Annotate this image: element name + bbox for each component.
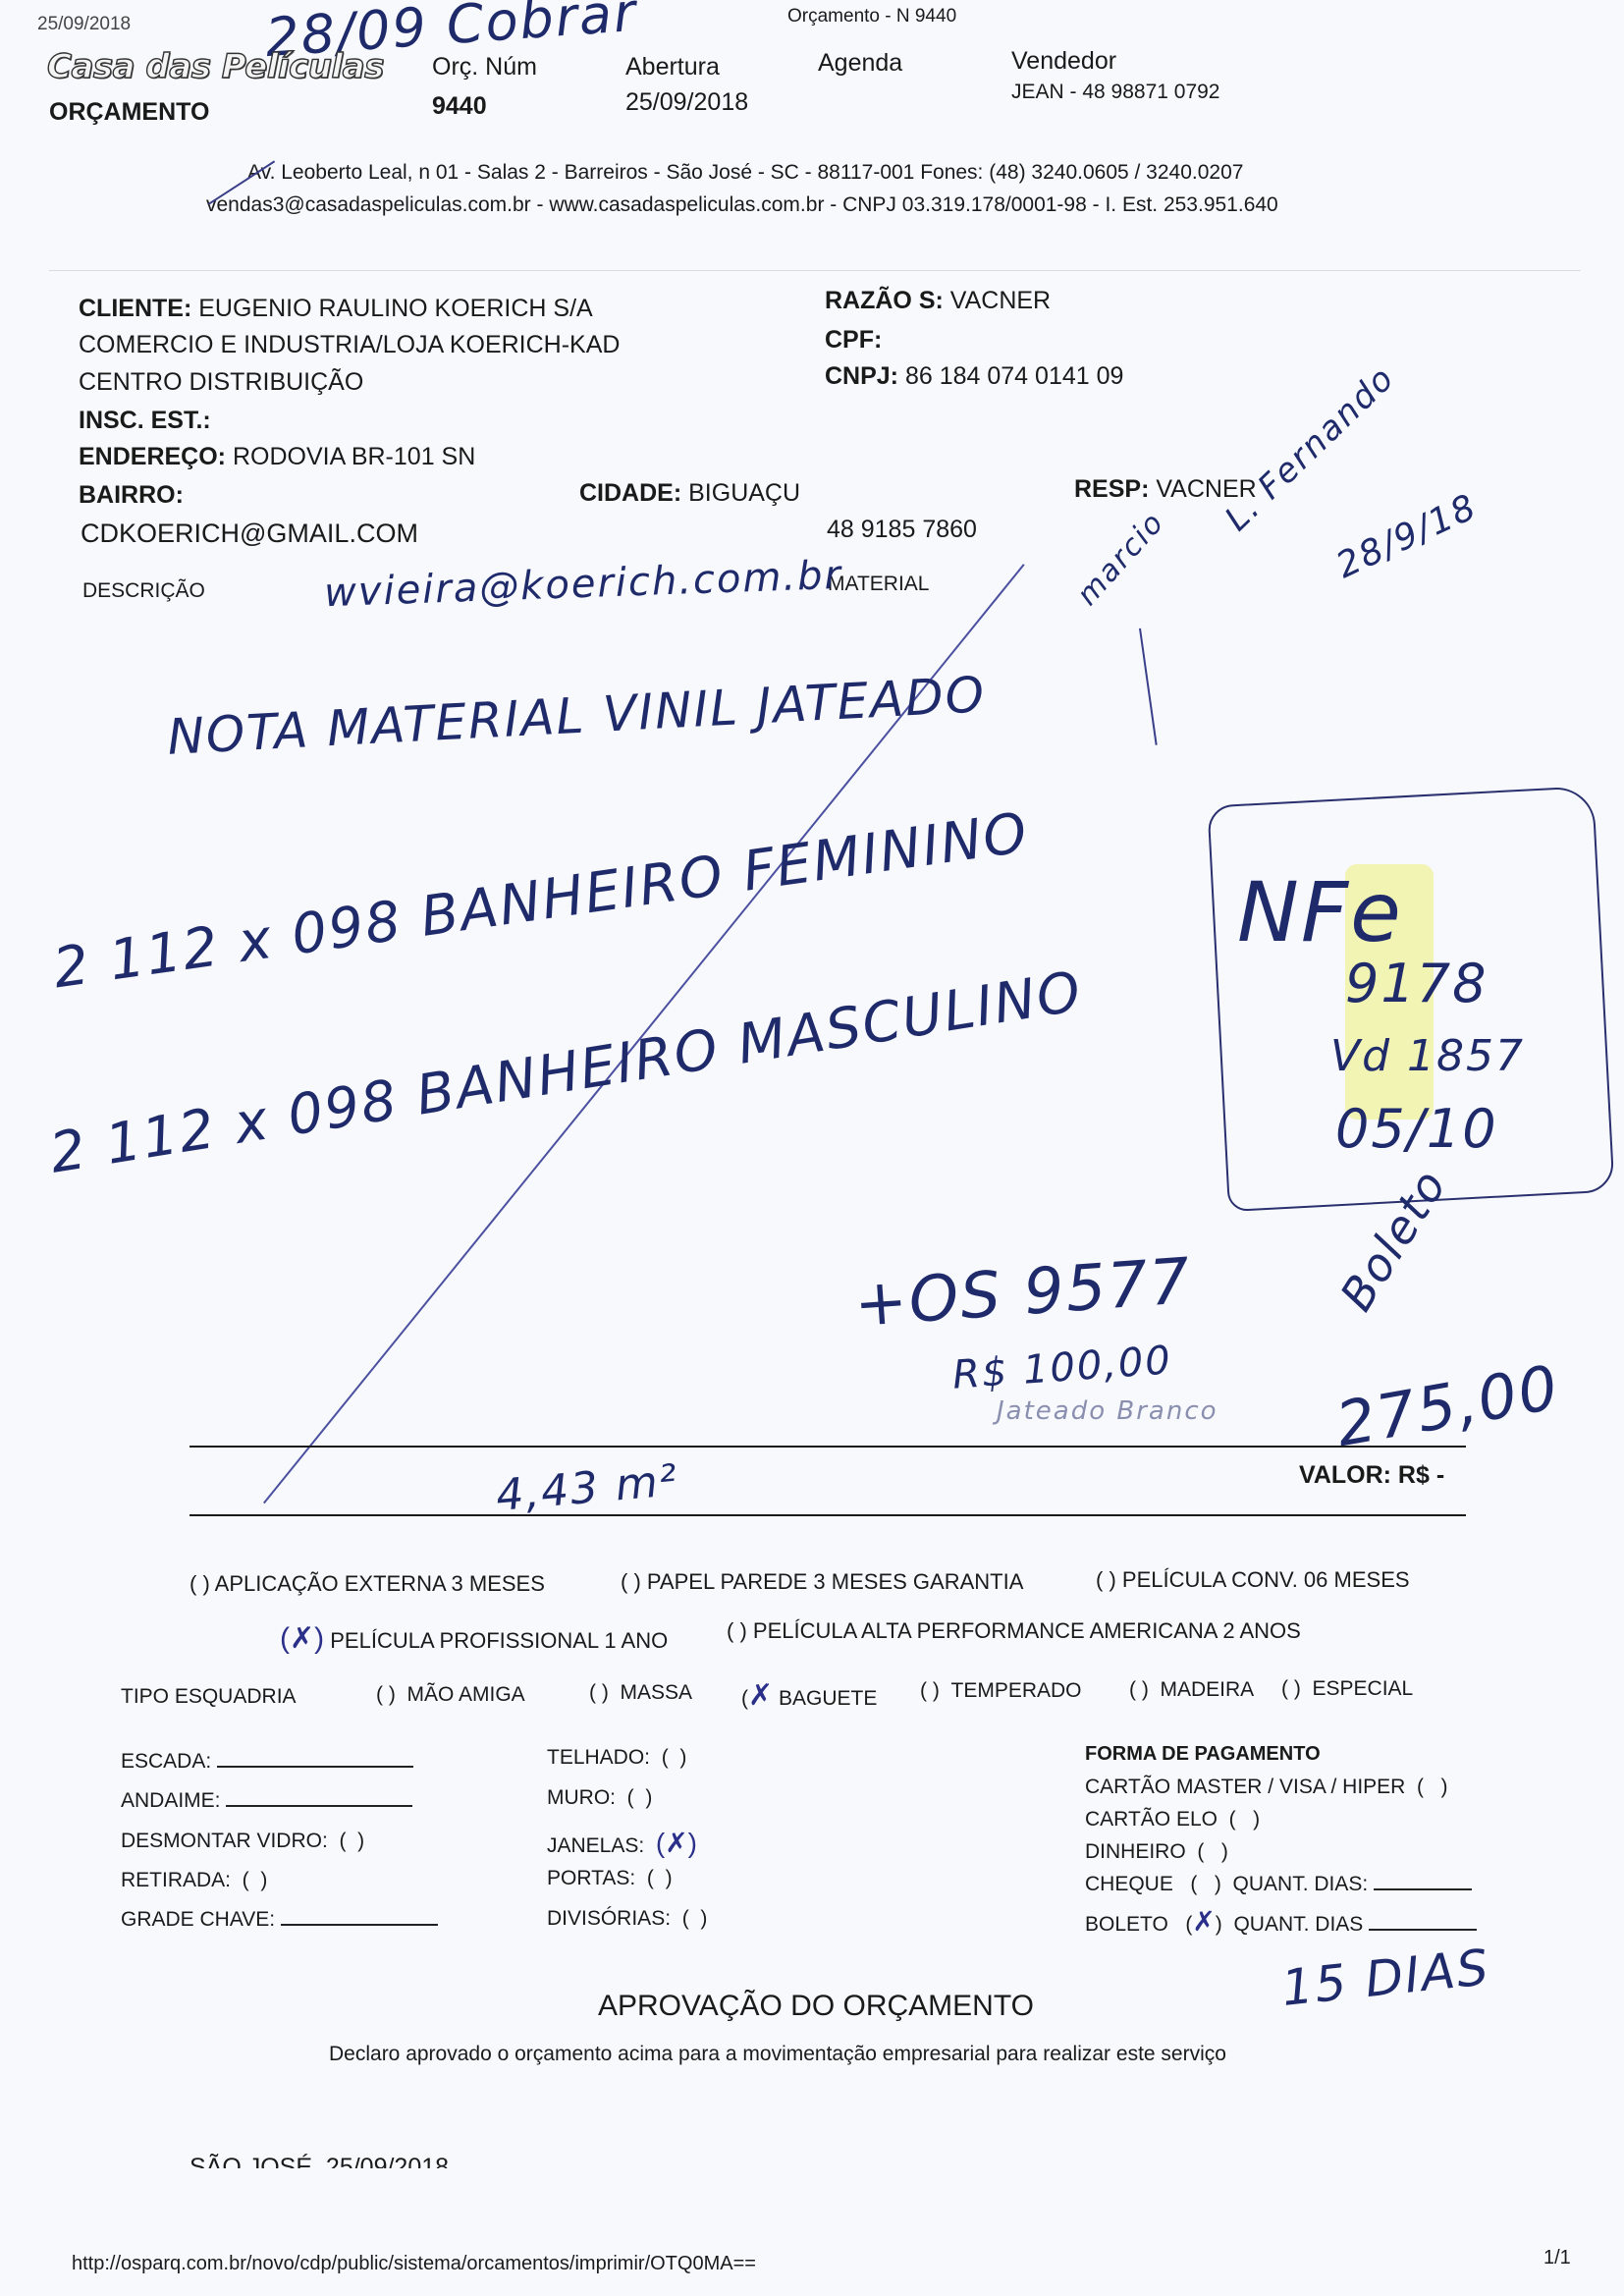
cliente-value: EUGENIO RAULINO KOERICH S/A xyxy=(198,295,592,322)
company-contact: vendas3@casadaspeliculas.com.br - www.ca… xyxy=(206,193,1278,217)
payment-option[interactable]: CARTÃO MASTER / VISA / HIPER ( ) xyxy=(1085,1776,1448,1799)
grade-chave-field[interactable] xyxy=(281,1924,438,1926)
handwritten-item-line: 2 112 x 098 BANHEIRO MASCULINO xyxy=(45,959,1086,1186)
approval-place-date: SÃO JOSÉ, 25/09/2018 xyxy=(189,2153,449,2168)
warranty-option-label: PELÍCULA ALTA PERFORMANCE AMERICANA 2 AN… xyxy=(753,1618,1301,1643)
handwritten-vd-number: Vd 1857 xyxy=(1330,1031,1525,1081)
esquadria-option-label: ESPECIAL xyxy=(1313,1677,1414,1700)
handwritten-os-value: R$ 100,00 xyxy=(951,1338,1174,1398)
esquadria-option[interactable]: ( ) TEMPERADO xyxy=(920,1679,1082,1703)
document-type-title: ORÇAMENTO xyxy=(49,98,209,127)
field-label-abertura: Abertura xyxy=(625,53,720,82)
pen-stroke xyxy=(1139,629,1158,745)
escada-field[interactable] xyxy=(217,1766,413,1768)
handwritten-date: 05/10 xyxy=(1335,1098,1498,1160)
andaime-field[interactable] xyxy=(226,1805,412,1807)
payment-option-label: DINHEIRO xyxy=(1085,1840,1186,1863)
cidade-label: CIDADE: xyxy=(579,479,681,507)
warranty-option-label: PELÍCULA CONV. 06 MESES xyxy=(1122,1567,1410,1592)
endereco-line: ENDEREÇO: RODOVIA BR-101 SN xyxy=(79,443,475,471)
esquadria-option[interactable]: ( ) MADEIRA xyxy=(1129,1678,1254,1702)
document-reference: Orçamento - N 9440 xyxy=(787,6,956,27)
service-janelas[interactable]: JANELAS: (✗) xyxy=(547,1827,697,1859)
razao-line: RAZÃO S: VACNER xyxy=(825,287,1051,315)
handwritten-item-line: 2 112 x 098 BANHEIRO FEMININO xyxy=(49,801,1032,1002)
boleto-days-field[interactable] xyxy=(1369,1929,1477,1931)
service-telhado[interactable]: TELHADO: ( ) xyxy=(547,1746,686,1770)
service-label: RETIRADA: xyxy=(121,1869,231,1891)
warranty-option-label: APLICAÇÃO EXTERNA 3 MESES xyxy=(215,1571,545,1596)
header-divider xyxy=(49,270,1581,271)
payment-option-label: CHEQUE xyxy=(1085,1873,1173,1895)
warranty-option[interactable]: ( ) PELÍCULA ALTA PERFORMANCE AMERICANA … xyxy=(727,1618,1301,1644)
handwritten-area: 4,43 m² xyxy=(494,1455,680,1521)
endereco-label: ENDEREÇO: xyxy=(79,443,226,470)
bairro-label: BAIRRO: xyxy=(79,481,184,510)
company-address: Av. Leoberto Leal, n 01 - Salas 2 - Barr… xyxy=(247,161,1243,185)
payment-option-label: BOLETO xyxy=(1085,1913,1168,1936)
service-andaime[interactable]: ANDAIME: xyxy=(121,1789,412,1813)
cidade-value: BIGUAÇU xyxy=(688,479,800,507)
service-label: ESCADA: xyxy=(121,1750,211,1773)
razao-label: RAZÃO S: xyxy=(825,287,944,314)
esquadria-label: TIPO ESQUADRIA xyxy=(121,1685,297,1709)
approval-statement: Declaro aprovado o orçamento acima para … xyxy=(329,2043,1226,2066)
company-logo: Casa das Películas xyxy=(47,47,384,86)
esquadria-option[interactable]: ( ) MÃO AMIGA xyxy=(376,1683,525,1707)
print-date: 25/09/2018 xyxy=(37,14,131,35)
service-retirada[interactable]: RETIRADA: ( ) xyxy=(121,1869,267,1892)
page-number: 1/1 xyxy=(1543,2247,1571,2269)
service-grade-chave[interactable]: GRADE CHAVE: xyxy=(121,1908,438,1932)
payment-option-label: CARTÃO MASTER / VISA / HIPER xyxy=(1085,1776,1405,1798)
descricao-label: DESCRIÇÃO xyxy=(82,579,205,603)
esquadria-option-label: MÃO AMIGA xyxy=(407,1683,525,1706)
handwritten-signature-date: 28/9/18 xyxy=(1330,486,1484,586)
payment-option[interactable]: DINHEIRO ( ) xyxy=(1085,1840,1228,1864)
check-mark-icon: ✗ xyxy=(748,1679,773,1712)
check-mark-icon: ✗ xyxy=(1192,1906,1215,1937)
service-label: MURO: xyxy=(547,1786,616,1809)
payment-option[interactable]: CARTÃO ELO ( ) xyxy=(1085,1808,1260,1831)
client-name-line-1: CLIENTE: EUGENIO RAULINO KOERICH S/A xyxy=(79,295,593,323)
cidade-line: CIDADE: BIGUAÇU xyxy=(579,479,800,508)
warranty-option[interactable]: ( ) PELÍCULA CONV. 06 MESES xyxy=(1096,1567,1410,1593)
service-divisorias[interactable]: DIVISÓRIAS: ( ) xyxy=(547,1907,707,1931)
client-email: CDKOERICH@GMAIL.COM xyxy=(81,519,418,549)
handwritten-nfe: NFe xyxy=(1237,864,1403,960)
place-date-text: SÃO JOSÉ, 25/09/2018 xyxy=(189,2154,449,2168)
field-label-vendedor: Vendedor xyxy=(1011,47,1116,76)
service-desmontar-vidro[interactable]: DESMONTAR VIDRO: ( ) xyxy=(121,1830,364,1853)
warranty-option[interactable]: ( ) PAPEL PAREDE 3 MESES GARANTIA xyxy=(621,1569,1023,1595)
handwritten-payment-days: 15 DIAS xyxy=(1279,1939,1493,2017)
warranty-option-label: PAPEL PAREDE 3 MESES GARANTIA xyxy=(647,1569,1024,1594)
payment-title: FORMA DE PAGAMENTO xyxy=(1085,1743,1321,1766)
handwritten-nfe-number: 9178 xyxy=(1345,953,1488,1014)
payment-option-label: CARTÃO ELO xyxy=(1085,1808,1218,1831)
razao-value: VACNER xyxy=(950,287,1051,314)
payment-option-checked[interactable]: BOLETO (✗) QUANT. DIAS xyxy=(1085,1905,1477,1938)
handwritten-email: wvieira@koerich.com.br xyxy=(323,553,842,616)
check-mark-icon: (✗) xyxy=(280,1622,324,1655)
insc-est-label: INSC. EST.: xyxy=(79,407,211,435)
service-portas[interactable]: PORTAS: ( ) xyxy=(547,1867,673,1890)
cliente-label: CLIENTE: xyxy=(79,295,191,322)
service-label: TELHADO: xyxy=(547,1746,650,1769)
field-label-orc-num: Orç. Núm xyxy=(432,53,537,82)
field-label-agenda: Agenda xyxy=(818,49,902,78)
service-label: DIVISÓRIAS: xyxy=(547,1907,671,1930)
footer-url[interactable]: http://osparq.com.br/novo/cdp/public/sis… xyxy=(72,2253,756,2275)
payment-option[interactable]: CHEQUE ( ) QUANT. DIAS: xyxy=(1085,1873,1472,1896)
field-value-orc-num: 9440 xyxy=(432,92,487,121)
service-label: PORTAS: xyxy=(547,1867,635,1889)
client-phone: 48 9185 7860 xyxy=(827,516,977,544)
cnpj-label: CNPJ: xyxy=(825,362,898,390)
days-label: QUANT. DIAS: xyxy=(1233,1873,1369,1895)
total-top-rule xyxy=(189,1446,1466,1448)
approval-title: APROVAÇÃO DO ORÇAMENTO xyxy=(598,1990,1034,2023)
client-name-line-2: COMERCIO E INDUSTRIA/LOJA KOERICH-KAD xyxy=(79,331,620,359)
esquadria-option-checked[interactable]: (✗ BAGUETE xyxy=(741,1678,877,1713)
esquadria-option-label: BAGUETE xyxy=(779,1687,877,1710)
cnpj-value: 86 184 074 0141 09 xyxy=(905,362,1123,390)
handwritten-material-line: NOTA MATERIAL VINIL JATEADO xyxy=(166,666,987,766)
handwritten-signature: L. Fernando xyxy=(1218,358,1402,539)
service-muro[interactable]: MURO: ( ) xyxy=(547,1786,652,1810)
esquadria-option-label: TEMPERADO xyxy=(951,1679,1082,1702)
check-mark-icon: (✗) xyxy=(656,1828,697,1858)
esquadria-option-label: MASSA xyxy=(621,1681,693,1704)
client-name-line-3: CENTRO DISTRIBUIÇÃO xyxy=(79,368,363,397)
service-label: DESMONTAR VIDRO: xyxy=(121,1830,328,1852)
handwritten-signature-name: marcio xyxy=(1070,505,1171,612)
esquadria-option[interactable]: ( ) ESPECIAL xyxy=(1281,1677,1413,1701)
cnpj-line: CNPJ: 86 184 074 0141 09 xyxy=(825,362,1123,391)
handwritten-os-sub: Jateado Branco xyxy=(997,1396,1218,1426)
cpf-label: CPF: xyxy=(825,326,882,355)
esquadria-option[interactable]: ( ) MASSA xyxy=(589,1681,692,1705)
handwritten-total: 275,00 xyxy=(1330,1351,1564,1461)
service-escada[interactable]: ESCADA: xyxy=(121,1750,413,1774)
total-bottom-rule xyxy=(189,1514,1466,1516)
service-label: GRADE CHAVE: xyxy=(121,1908,275,1931)
days-label: QUANT. DIAS xyxy=(1233,1913,1363,1936)
warranty-option-checked[interactable]: (✗) PELÍCULA PROFISSIONAL 1 ANO xyxy=(280,1621,668,1656)
cheque-days-field[interactable] xyxy=(1374,1888,1472,1890)
valor-label: VALOR: R$ - xyxy=(1299,1461,1444,1490)
warranty-option-label: PELÍCULA PROFISSIONAL 1 ANO xyxy=(330,1628,668,1653)
field-value-vendedor: JEAN - 48 98871 0792 xyxy=(1011,81,1219,104)
esquadria-option-label: MADEIRA xyxy=(1161,1678,1255,1701)
handwritten-os-note: +OS 9577 xyxy=(852,1245,1194,1341)
service-label: ANDAIME: xyxy=(121,1789,221,1812)
field-value-abertura: 25/09/2018 xyxy=(625,88,748,117)
endereco-value: RODOVIA BR-101 SN xyxy=(233,443,475,470)
service-label: JANELAS: xyxy=(547,1834,644,1857)
warranty-option[interactable]: ( ) APLICAÇÃO EXTERNA 3 MESES xyxy=(189,1571,545,1597)
resp-label: RESP: xyxy=(1074,475,1149,503)
